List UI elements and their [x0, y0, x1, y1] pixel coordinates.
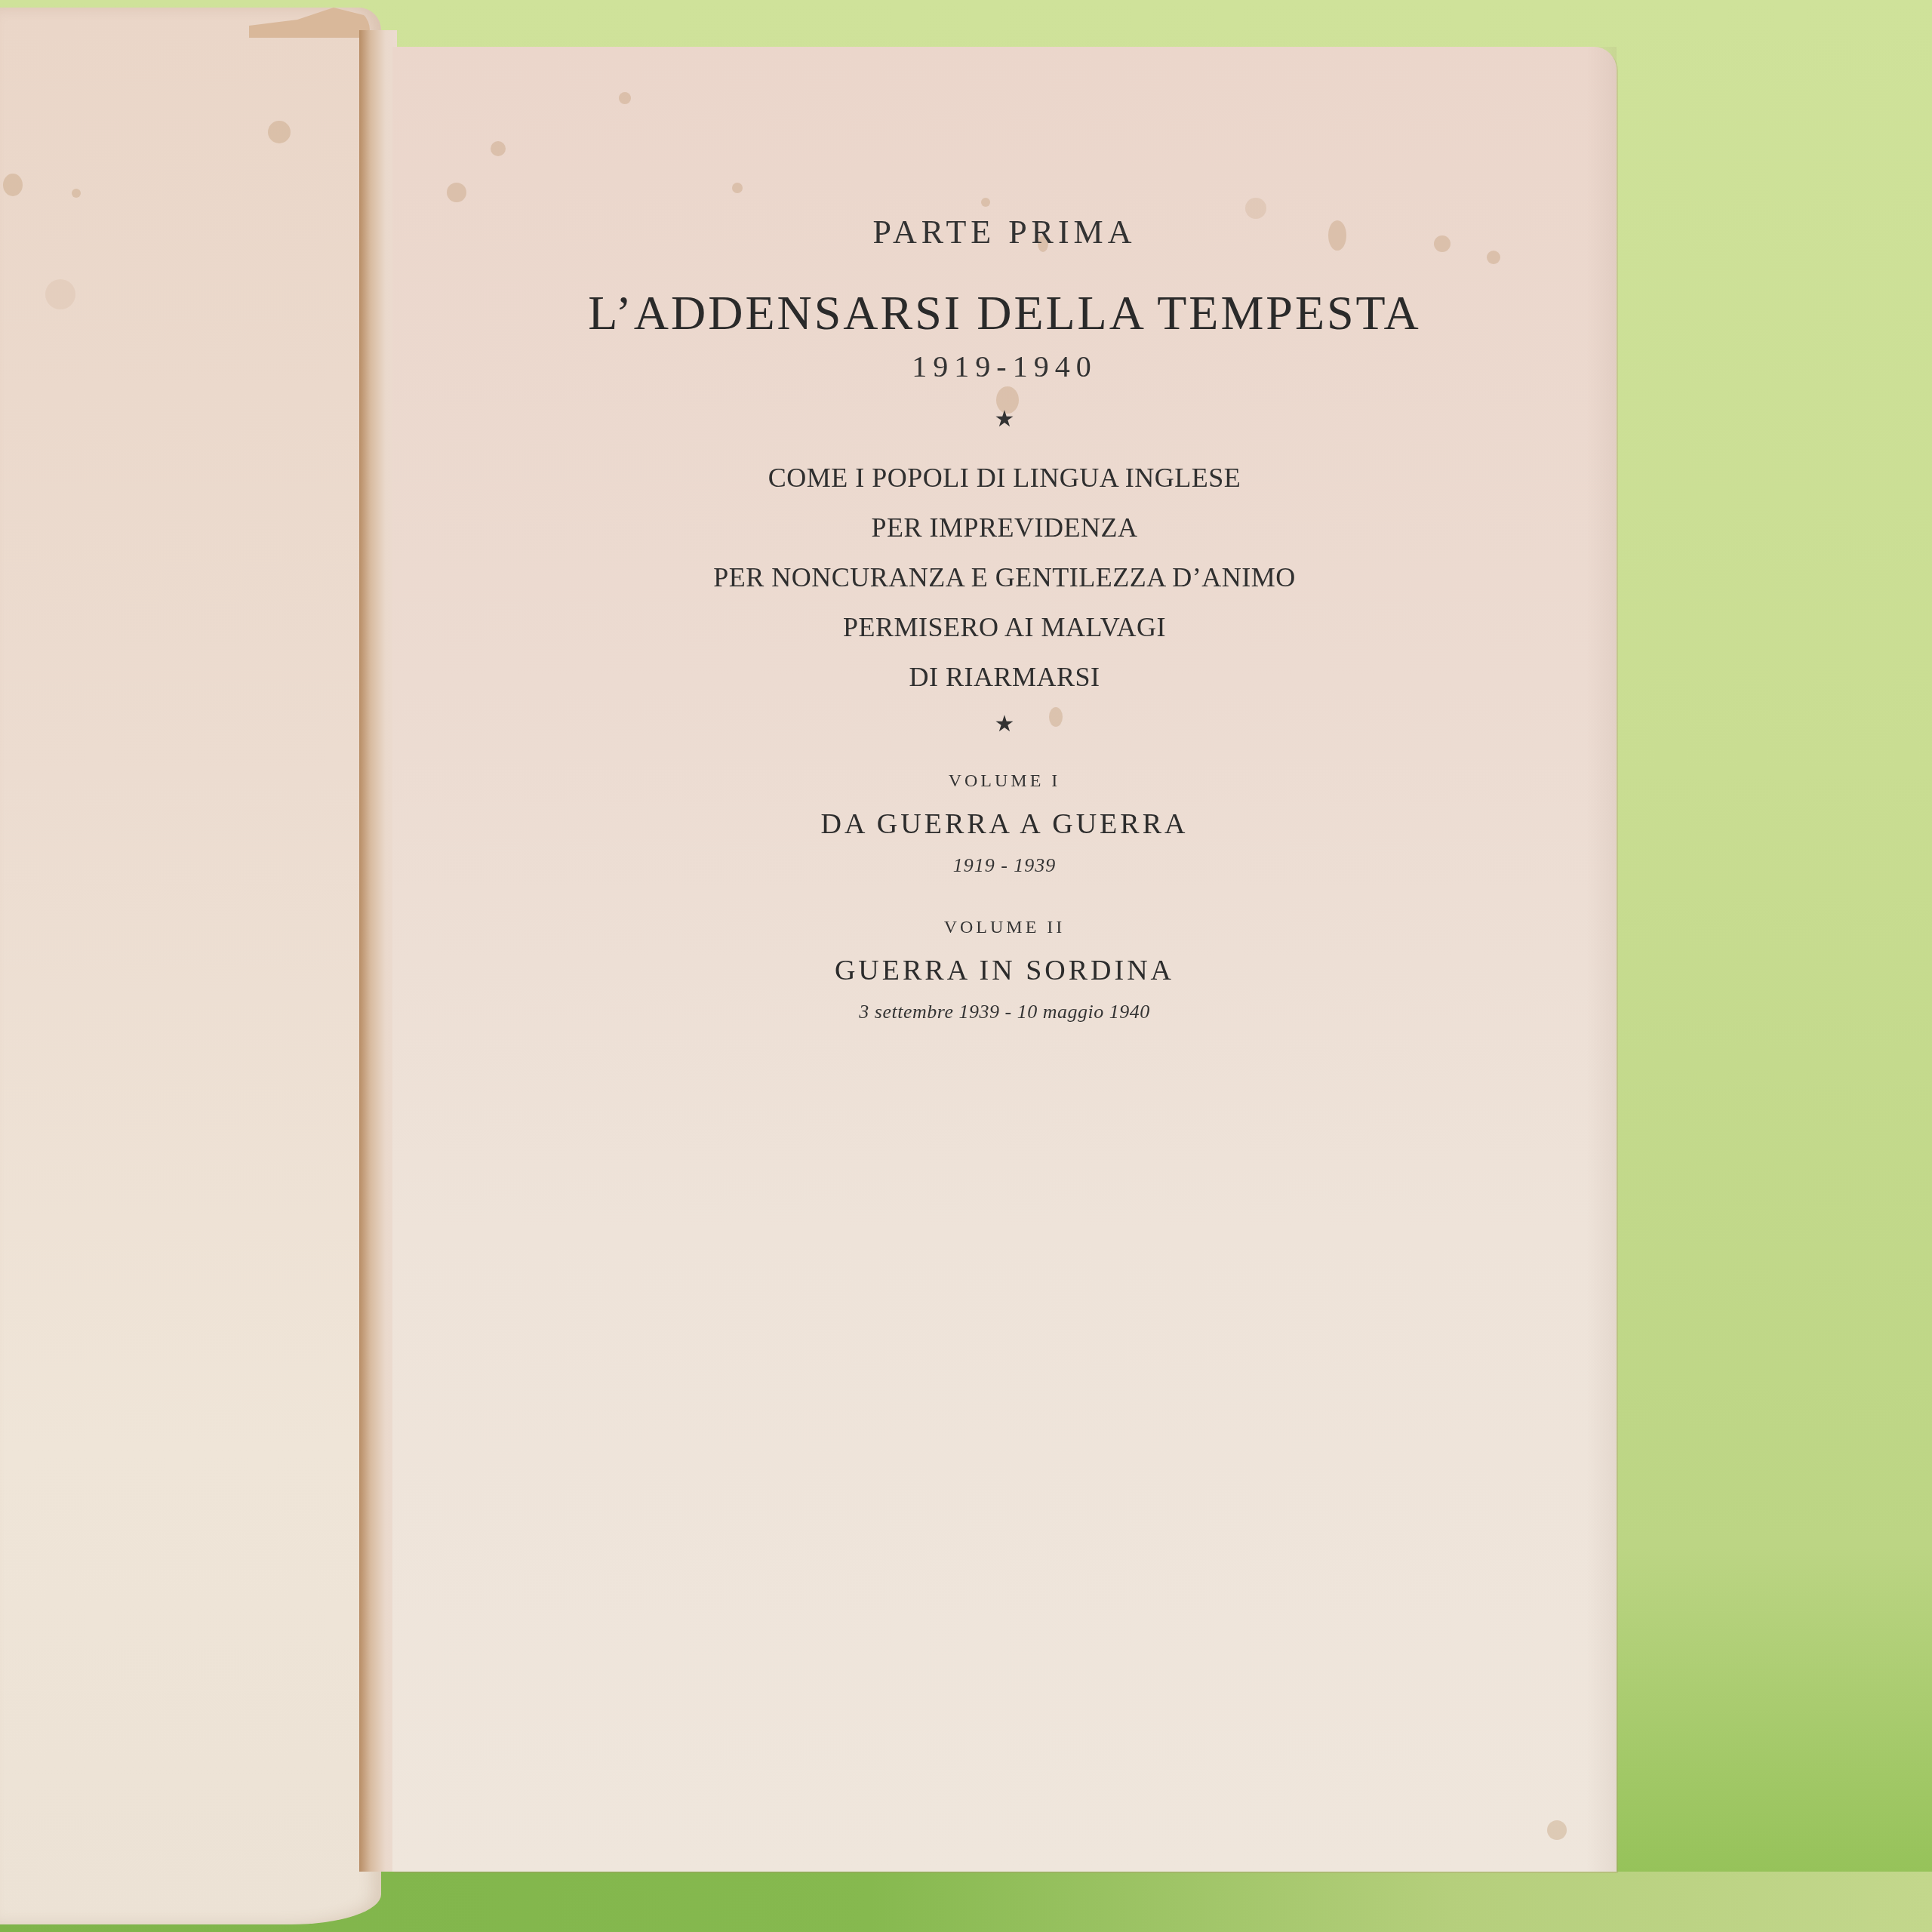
volume-2-dates: 3 settembre 1939 - 10 maggio 1940 [392, 1001, 1617, 1023]
volume-2-label: VOLUME II [392, 918, 1617, 938]
foxing-spot [981, 198, 990, 207]
part-label: PARTE PRIMA [392, 213, 1617, 251]
epigraph-line: PER IMPREVIDENZA [392, 512, 1617, 543]
volume-2-title: GUERRA IN SORDINA [392, 954, 1617, 987]
book-gutter [359, 30, 397, 1872]
foxing-spot [1487, 251, 1500, 264]
star-ornament-icon: ★ [392, 711, 1617, 737]
torn-edge [249, 8, 370, 38]
foxing-spot [72, 189, 81, 198]
title-years: 1919-1940 [392, 349, 1617, 384]
epigraph-line: PERMISERO AI MALVAGI [392, 611, 1617, 643]
foxing-spot [732, 183, 743, 193]
foxing-spot [491, 141, 506, 156]
volume-1-label: VOLUME I [392, 771, 1617, 792]
volume-1-title: DA GUERRA A GUERRA [392, 808, 1617, 841]
star-ornament-icon: ★ [392, 406, 1617, 432]
foxing-spot [268, 121, 291, 143]
foxing-spot [45, 279, 75, 309]
epigraph-line: DI RIARMARSI [392, 661, 1617, 693]
epigraph-line: COME I POPOLI DI LINGUA INGLESE [392, 462, 1617, 494]
page-title: L’ADDENSARSI DELLA TEMPESTA [392, 285, 1617, 341]
left-page [0, 8, 381, 1924]
foxing-spot [1547, 1820, 1567, 1840]
epigraph-line: PER NONCURANZA E GENTILEZZA D’ANIMO [392, 561, 1617, 593]
volume-1-dates: 1919 - 1939 [392, 854, 1617, 877]
foxing-spot [619, 92, 631, 104]
foxing-spot [3, 174, 23, 196]
foxing-spot [447, 183, 466, 202]
